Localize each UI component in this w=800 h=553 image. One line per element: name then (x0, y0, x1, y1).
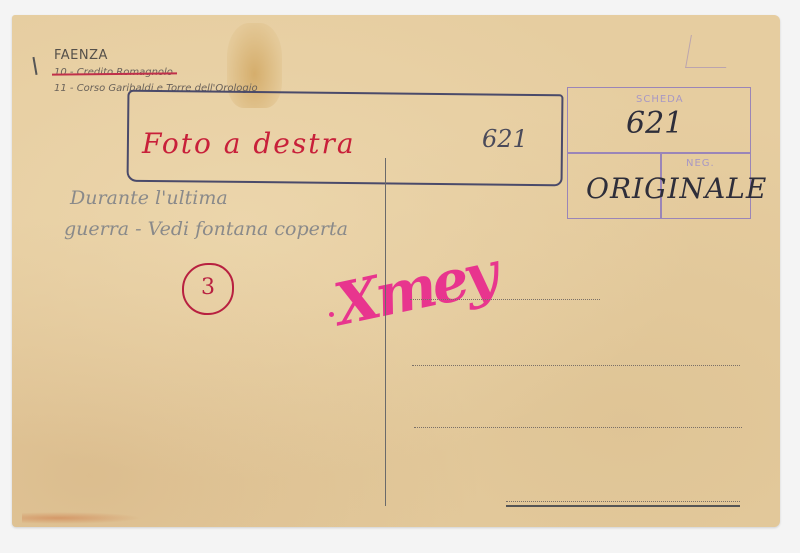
signature-dot (329, 312, 334, 317)
archive-stamp: SCHEDA NEG. 621 ORIGINALE (567, 87, 751, 219)
circled-number: 3 (182, 263, 234, 315)
stamp-label-neg: NEG. (686, 158, 715, 169)
stamp-divider-h (568, 152, 750, 154)
grey-note-line1: Durante l'ultima (70, 187, 228, 209)
corner-pencil-mark (685, 35, 732, 68)
grey-note-line2: guerra - Vedi fontana coperta (64, 218, 348, 240)
stain-mark-bottom (22, 512, 142, 524)
printed-line-struck: 10 - Credito Romagnolo (54, 67, 173, 78)
address-line-4 (506, 501, 740, 502)
center-divider-line (385, 158, 386, 506)
red-handwritten-note: Foto a destra (142, 127, 356, 160)
stamp-label-scheda: SCHEDA (636, 94, 684, 105)
postcard-back: FAENZA 10 - Credito Romagnolo 11 - Corso… (12, 15, 780, 527)
stamp-status: ORIGINALE (586, 172, 767, 205)
stamp-number: 621 (626, 106, 683, 141)
address-line-2 (412, 365, 740, 366)
printed-title: FAENZA (54, 48, 108, 63)
pink-signature: Xmey (329, 239, 501, 339)
address-underline (506, 505, 740, 507)
pencil-number: 621 (482, 125, 528, 153)
address-line-3 (414, 427, 742, 428)
address-line-1 (410, 299, 600, 300)
pencil-tick-mark (32, 57, 37, 75)
